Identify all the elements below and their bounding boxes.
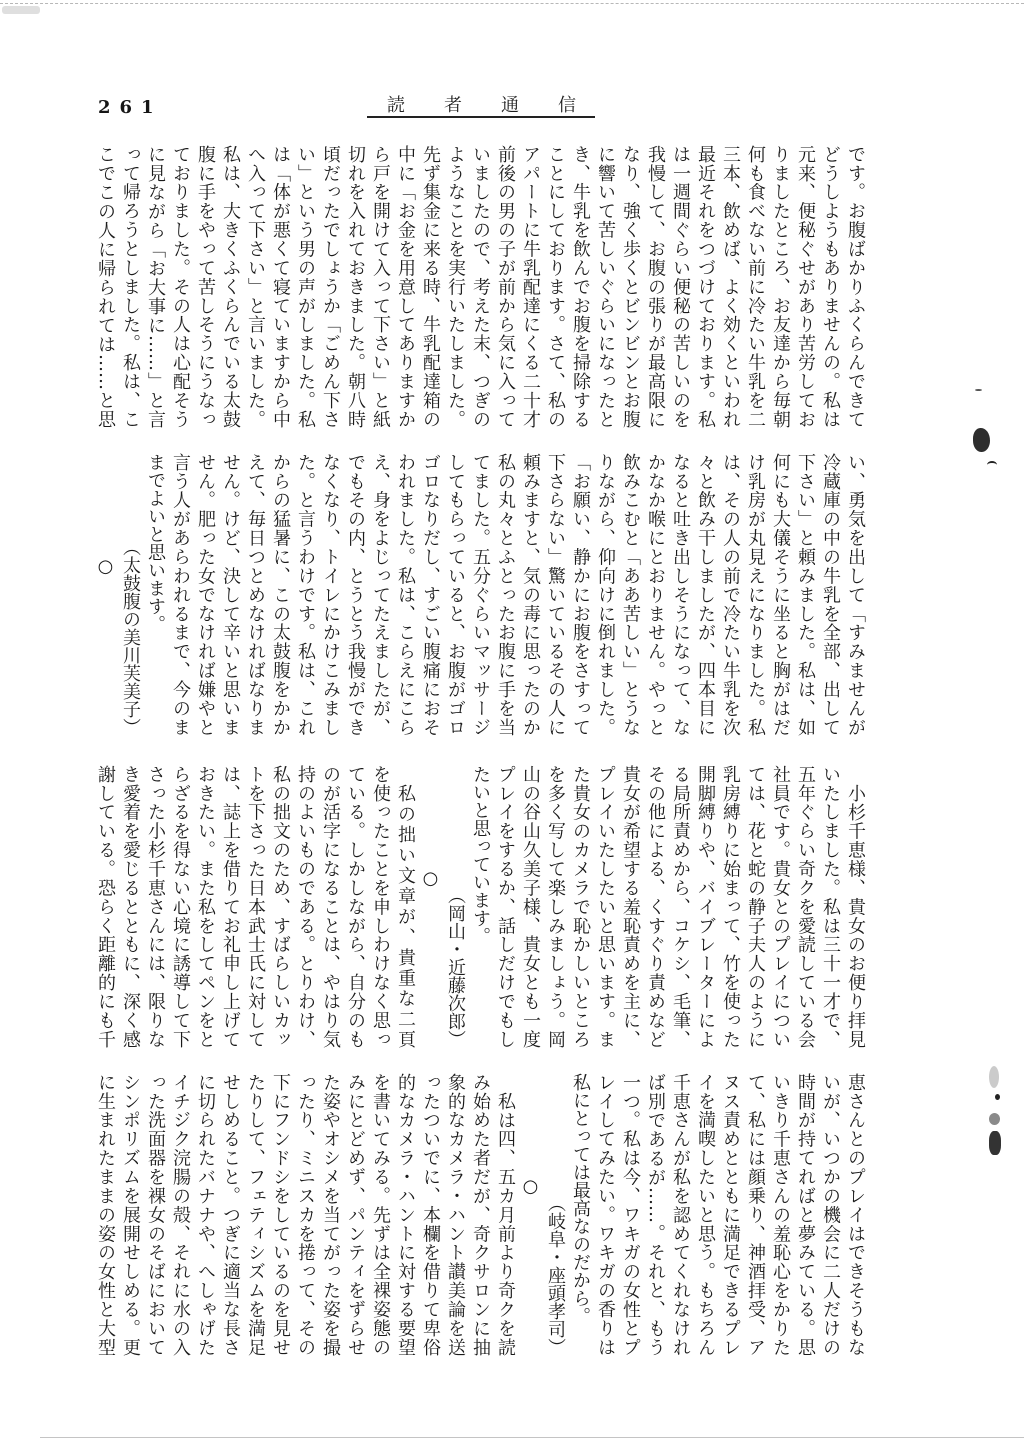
text-column: 元来、便秘ぐせがあり苦労してお (793, 145, 818, 428)
text-column: 時間が持てればと夢みている。思 (793, 1073, 818, 1356)
separator-circle-icon: ○ (418, 765, 443, 1048)
text-column: ば別であるが……。それと、もう (643, 1073, 668, 1356)
text-column: プレイをするか、話しだけでもし (493, 765, 518, 1048)
text-column: え、身をよじってたえましたが、 (368, 453, 393, 736)
text-column: み始めた者だが、奇クサロンに抽 (468, 1073, 493, 1356)
text-column-indented: 私は四、五カ月前より奇クを読 (493, 1073, 518, 1356)
text-column: 貴女が希望する羞恥責めを主に、 (618, 765, 643, 1048)
text-column: 下さい」と頼みました。私は、如 (793, 453, 818, 736)
author-signature: （太鼓腹の美川芙美子） (118, 453, 143, 736)
text-column: 々と飲み干しましたが、四本目に (693, 453, 718, 736)
text-column: 一つ。私は今、ワキガの女性とプ (618, 1073, 643, 1356)
text-column: なり、強く歩くとビンビンとお腹 (618, 145, 643, 428)
text-column: 三本、飲めば、よく効くといわれ (718, 145, 743, 428)
text-column: イチジク浣腸の殻、それに水の入 (168, 1073, 193, 1356)
text-column: は「体が悪くて寝ていますから中 (268, 145, 293, 428)
text-column: プレイいたしたいと思います。ま (593, 765, 618, 1048)
text-column: 前後の男の子が前から気に入って (493, 145, 518, 428)
text-column: 下にフンドシをしているのを見せ (268, 1073, 293, 1356)
text-column: 腹に手をやって苦しそうにうなっ (193, 145, 218, 428)
text-column: って帰ろうとしました。私は、こ (118, 145, 143, 428)
text-column: 恵さんとのプレイはできそうもな (843, 1073, 868, 1356)
text-column: ておりました。その人は心配そう (168, 145, 193, 428)
text-column: 頼みますと、気の毒に思ったのか (518, 453, 543, 736)
text-column: 象的なカメラ・ハント讃美論を送 (443, 1073, 468, 1356)
text-column: た姿やオシメを当てがった姿を撮 (318, 1073, 343, 1356)
text-column: せん。けど、決して辛いと思いま (218, 453, 243, 736)
text-column: イを満喫したいと思う。もちろん (693, 1073, 718, 1356)
text-column: その他による、くすぐり責めなど (643, 765, 668, 1048)
text-column: 飲みこむと「ああ苦しい」とうな (618, 453, 643, 736)
text-column: 的なカメラ・ハントに対する要望 (393, 1073, 418, 1356)
text-column: こでこの人に帰られては……と思 (93, 145, 118, 428)
text-column: えて、毎日つとめなければなりま (243, 453, 268, 736)
text-column: いたしました。私は三十一才で、 (818, 765, 843, 1048)
scan-smudge (989, 1066, 999, 1088)
text-column: ゴロなりだし、すごい腹痛におそ (418, 453, 443, 736)
text-column: りながら、仰向けに倒れました。 (593, 453, 618, 736)
text-tier-2: い、勇気を出して「すみませんが 冷蔵庫の中の牛乳を全部、出して 下さい」と頼みま… (93, 453, 868, 736)
text-column: さった小杉千恵さんには、限りな (143, 765, 168, 1048)
text-column: 頃だったでしょうか「ごめん下さ (318, 145, 343, 428)
page-number: 261 (98, 97, 163, 119)
text-column: からの猛暑に、この太鼓腹をかか (268, 453, 293, 736)
text-column: せしめること。つぎに適当な長さ (218, 1073, 243, 1356)
text-column: 五年ぐらい奇クを愛読している会 (793, 765, 818, 1048)
section-title-underline (367, 116, 595, 118)
text-column: た貴女のカメラで恥かしいところ (568, 765, 593, 1048)
text-column: りましたところ、お友達から毎朝 (768, 145, 793, 428)
text-column: です。お腹ばかりふくらんできて (843, 145, 868, 428)
text-column: に見ながら「お大事に……」と言 (143, 145, 168, 428)
text-column: 千恵さんが私を認めてくれなけれ (668, 1073, 693, 1356)
text-column: る局所責めから、コケシ、毛筆、 (668, 765, 693, 1048)
text-column: 社員です。貴女とのプレイについ (768, 765, 793, 1048)
text-column: 最近それをつづけております。私 (693, 145, 718, 428)
text-column-final: たいと思っています。 (468, 765, 493, 1048)
text-tier-3: 小杉千恵様、貴女のお便り拝見 いたしました。私は三十一才で、 五年ぐらい奇クを愛… (93, 765, 868, 1048)
scan-speck (975, 389, 982, 391)
text-column: なると吐き出しそうになって、な (668, 453, 693, 736)
text-column: アパートに牛乳配達にくる二十才 (518, 145, 543, 428)
text-column: ては、花と蛇の静子夫人のように (743, 765, 768, 1048)
text-column: き、牛乳を飲んでお腹を掃除する (568, 145, 593, 428)
text-column: どうしようもありませんの。私は (818, 145, 843, 428)
text-column: に響いて苦しいぐらいになったと (593, 145, 618, 428)
separator-circle-icon: ○ (518, 1073, 543, 1356)
text-column: ようなことを実行いたしました。 (443, 145, 468, 428)
text-column: トを下さった日本武士氏に対して (243, 765, 268, 1048)
scan-speck (995, 1094, 1000, 1100)
text-tier-1: です。お腹ばかりふくらんできて どうしようもありませんの。私は 元来、便秘ぐせが… (93, 145, 868, 428)
text-column: シンポリズムを展開せしめる。更 (118, 1073, 143, 1356)
text-column: った洗面器を裸女のそばにおいて (143, 1073, 168, 1356)
text-column: い」という男の声がしました。私 (293, 145, 318, 428)
text-column: 「お願い、静かにお腹をさすって (568, 453, 593, 736)
text-column-indented: 私の拙い文章が、貴重な二頁 (393, 765, 418, 1048)
text-column: 何にも大儀そうに坐ると胸がはだ (768, 453, 793, 736)
scan-smudge (2, 6, 40, 14)
text-column: は一週間ぐらい便秘の苦しいのを (668, 145, 693, 428)
text-column: たりして、フェティシズムを満足 (243, 1073, 268, 1356)
text-column: いが、いつかの機会に二人だけの (818, 1073, 843, 1356)
text-column: 下さらない」驚いているその人に (543, 453, 568, 736)
text-column: ったり、ミニスカを捲って、その (293, 1073, 318, 1356)
text-column: け乳房が丸見えになりました。私 (743, 453, 768, 736)
text-column: いましたので、考えた末、つぎの (468, 145, 493, 428)
text-column: を使ったことを申しわけなく思っ (368, 765, 393, 1048)
text-column: みにとどめず、パンティをずらせ (343, 1073, 368, 1356)
text-column: らざるを得ない心境に誘導して下 (168, 765, 193, 1048)
text-column: 私は、大きくふくらんでいる太鼓 (218, 145, 243, 428)
text-column: レイしてみたい。ワキガの香りは (593, 1073, 618, 1356)
text-column-indented: 小杉千恵様、貴女のお便り拝見 (843, 765, 868, 1048)
text-column: き愛着を愛じるとともに、深く感 (118, 765, 143, 1048)
author-signature: （岐阜・座頭孝司） (543, 1073, 568, 1356)
text-column: は、誌上を借りてお礼申し上げて (218, 765, 243, 1048)
text-column: いきり千恵さんの羞恥心をかりた (768, 1073, 793, 1356)
text-column: でもその内、とうとう我慢ができ (343, 453, 368, 736)
text-column: 我慢して、お腹の張りが最高限に (643, 145, 668, 428)
text-column: おきたい。また私をしてペンをと (193, 765, 218, 1048)
text-column: してもらっていると、お腹がゴロ (443, 453, 468, 736)
text-column: なくなり、トイレにかけこみまし (318, 453, 343, 736)
text-column: を書いてみる。先ずは全裸姿態の (368, 1073, 393, 1356)
text-column: は、その人の前で冷たい牛乳を次 (718, 453, 743, 736)
scan-ink-blot (989, 1131, 1001, 1155)
text-column: を多く写して楽しみましょう。岡 (543, 765, 568, 1048)
scan-smudge (989, 1113, 1000, 1125)
author-signature: （岡山・近藤次郎） (443, 765, 468, 1048)
text-column: へ入って下さい」と言いました。 (243, 145, 268, 428)
text-tier-4: 恵さんとのプレイはできそうもな いが、いつかの機会に二人だけの 時間が持てればと… (93, 1073, 868, 1356)
text-column: 謝している。恐らく距離的にも千 (93, 765, 118, 1048)
text-column: い、勇気を出して「すみませんが (843, 453, 868, 736)
text-column: に生まれたままの姿の女性と大型 (93, 1073, 118, 1356)
text-column: 中に「お金を用意してありますか (393, 145, 418, 428)
text-column: のが活字になることは、やはり気 (318, 765, 343, 1048)
text-column: ら戸を開けて入って下さい」と紙 (368, 145, 393, 428)
section-title: 読者通信 (387, 95, 615, 117)
text-column: せん。肥った女でなければ嫌やと (193, 453, 218, 736)
text-column: 先ず集金に来る時、牛乳配達箱の (418, 145, 443, 428)
text-column: 切れを入れておきました。朝八時 (343, 145, 368, 428)
text-column: 冷蔵庫の中の牛乳を全部、出して (818, 453, 843, 736)
text-column: 私の丸々とふとったお腹に手を当 (493, 453, 518, 736)
text-column: 言う人があらわれるまで、今のま (168, 453, 193, 736)
text-column: ている。しかしながら、自分のも (343, 765, 368, 1048)
text-column: て、私には顔乗り、神酒拝受、ア (743, 1073, 768, 1356)
text-column: 何も食べない前に冷たい牛乳を二 (743, 145, 768, 428)
text-column: 山の谷山久美子様、貴女とも一度 (518, 765, 543, 1048)
text-column: 持のよいものである。とりわけ、 (293, 765, 318, 1048)
text-column: 乳房縛りに始まって、竹を使った (718, 765, 743, 1048)
scan-ink-blot (973, 428, 990, 452)
scan-speck (987, 461, 997, 469)
text-column: われました。私は、こらえにこら (393, 453, 418, 736)
text-column-final: までよいと思います。 (143, 453, 168, 736)
text-column: た。と言うわけです。私は、これ (293, 453, 318, 736)
text-column: 開脚縛りや、バイブレーターによ (693, 765, 718, 1048)
text-column: 私の拙文のため、すばらしいカッ (268, 765, 293, 1048)
scan-top-edge (0, 3, 1024, 4)
text-column: かなか喉にとおりません。やっと (643, 453, 668, 736)
text-column: に切られたバナナや、へしゃげた (193, 1073, 218, 1356)
text-column-final: 私にとっては最高なのだから。 (568, 1073, 593, 1356)
text-column: てました。五分ぐらいマッサージ (468, 453, 493, 736)
text-column: ヌス責めとともに満足できるプレ (718, 1073, 743, 1356)
text-column: ったついでに、本欄を借りて卑俗 (418, 1073, 443, 1356)
scan-bottom-edge (40, 1437, 1024, 1438)
text-column: ことにしております。さて、私の (543, 145, 568, 428)
separator-circle-icon: ○ (93, 453, 118, 736)
